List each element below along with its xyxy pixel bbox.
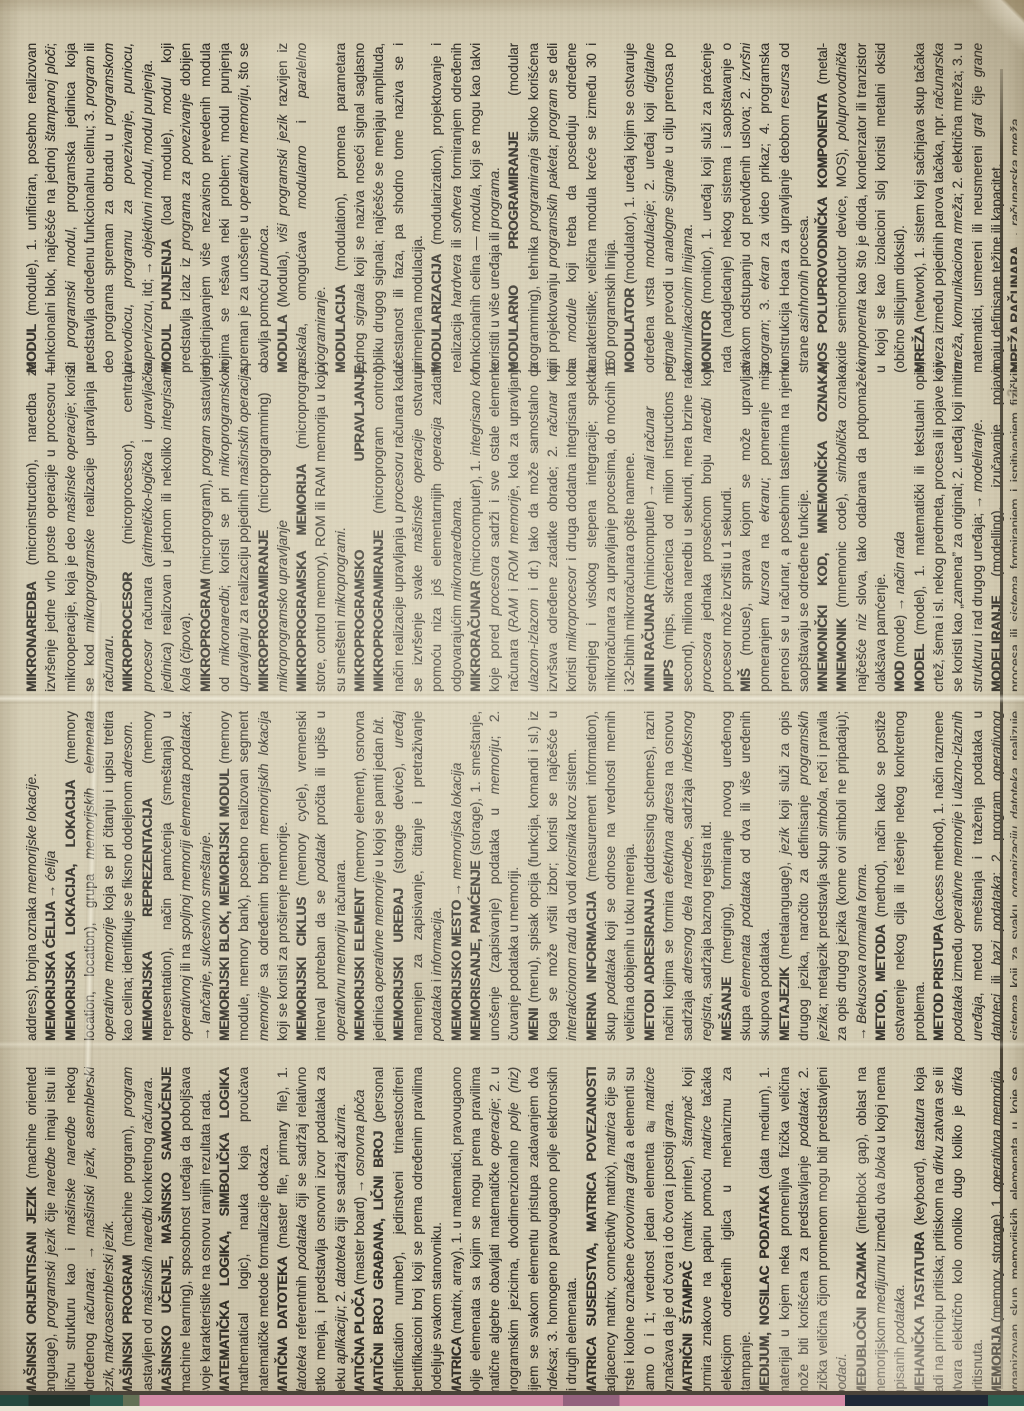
entry-italic-text: osnovna ploča	[352, 1090, 367, 1176]
dictionary-entry: MEMORIJSKA ĆELIJA → ćelija	[41, 711, 60, 1041]
entry-italic-text: memorijskih lokacija	[256, 711, 271, 835]
entry-italic-text: operacije	[487, 1102, 502, 1156]
entry-term: MOS POLUPROVODNIČKA KOMPONENTA	[815, 85, 830, 373]
entry-italic-text: operativnu memoriju	[333, 920, 348, 1041]
entry-term: MERNA INFORMACIJA	[584, 882, 599, 1041]
entry-italic-text: mašinske naredbe	[63, 1116, 78, 1235]
entry-italic-text: podatak	[313, 834, 328, 882]
entry-italic-text: operativne memorije	[371, 871, 386, 992]
entry-term: MEMORIJSKA LOKACIJA, LOKACIJA	[63, 764, 78, 1041]
dictionary-entry: MAŠINSKI PROGRAM (machine program), prog…	[118, 1067, 157, 1397]
entry-italic-text: mašinskih naredbi	[140, 1207, 155, 1315]
entry-term: MATIČNI BROJ GRAĐANA, LIČNI BROJ	[371, 1123, 386, 1397]
entry-italic-text: modulacije	[642, 204, 657, 268]
entry-italic-text: punioca	[256, 229, 271, 276]
entry-term: MATIČNA PLOČA	[352, 1285, 367, 1397]
entry-italic-text: mikronaredbi	[217, 589, 232, 666]
entry-italic-text: program	[545, 89, 560, 139]
dictionary-entry: MEMORIJSKI ELEMENT (memory element), osn…	[350, 711, 389, 1041]
entry-italic-text: podataka	[892, 1288, 907, 1343]
text-column-1: MAŠINSKI ORIJENTISANI JEZIK (machine ori…	[22, 1067, 1017, 1397]
entry-italic-text: kursora	[757, 561, 772, 606]
entry-italic-text: matrice	[642, 1067, 657, 1111]
entry-italic-text: mašinske operacije	[410, 429, 425, 552]
dictionary-entry: MREŽA (network), 1. sistem koji sačinjav…	[910, 43, 1006, 373]
entry-italic-text: programa	[487, 171, 502, 228]
entry-italic-text: programskih jezika	[796, 711, 830, 1041]
entry-italic-text: programa za povezivanje	[178, 93, 193, 250]
entry-italic-text: adresnog dela naredbe	[680, 840, 695, 984]
text-column-2: address), brojna oznaka memorijske lokac…	[22, 711, 1017, 1041]
dictionary-entry: METOD, METODA (method), način kako se po…	[871, 711, 929, 1041]
dictionary-entry: MIPS (mips, skraćenica od milion instruc…	[659, 362, 736, 692]
entry-italic-text: način rada	[892, 532, 907, 594]
entry-term: MAŠINSKI ORIJENTISANI JEZIK	[24, 1179, 39, 1397]
entry-italic-text: podaci	[834, 1358, 849, 1397]
entry-term: MODULARIZACIJA	[429, 245, 444, 373]
dictionary-entry: MAŠINSKO UČENJE, MAŠINSKO SAMOUČENJE (ma…	[157, 1067, 215, 1397]
entry-italic-text: indeksa	[545, 1351, 560, 1397]
entry-italic-text: aritmetičko-logička	[140, 452, 155, 563]
entry-italic-text: memorije	[256, 986, 271, 1041]
dictionary-entry: MODEL (model), 1. matematički ili tekstu…	[910, 362, 987, 692]
entry-italic-text: program	[82, 56, 97, 106]
dictionary-entry: MATRIČNI ŠTAMPAČ (matrix printer), štamp…	[678, 1067, 755, 1397]
entry-italic-text: spoljnoj memoriji elemenata podataka	[178, 715, 193, 940]
entry-italic-text: grana	[661, 1104, 676, 1138]
dictionary-entry: MIKROPROGRAMSKO UPRAVLJANJE, MIKROPROGRA…	[350, 362, 466, 692]
entry-italic-text: Bekusova normalna forma	[854, 867, 869, 1023]
entry-term: MREŽA	[912, 322, 927, 373]
entry-italic-text: ulazom-izlazom	[526, 599, 541, 692]
entry-italic-text: module	[564, 298, 579, 342]
text-column-3: MIKRONAREDBA (microinstruction), naredba…	[22, 362, 1017, 692]
entry-italic-text: mašinske operacije	[63, 406, 78, 522]
dictionary-entry: MEHANIČKA TASTATURA (keyboard), tastatur…	[910, 1067, 987, 1397]
entry-italic-text: matrica	[603, 1112, 618, 1156]
entry-term: MODUL PUNJENJA	[159, 226, 174, 374]
dictionary-entry: MIKRONAREDBA (microinstruction), naredba…	[22, 362, 118, 692]
entry-italic-text: računara	[82, 1272, 97, 1325]
dictionary-entry: MODULATOR (modulator), 1. uređaj kojim s…	[620, 43, 697, 373]
entry-term: MIKROPROGRAM	[198, 575, 213, 692]
entry-term: METOD, METODA	[873, 917, 888, 1041]
dictionary-entry: MOS POLUPROVODNIČKA KOMPONENTA (metal-ox…	[813, 43, 909, 373]
entry-italic-text: korisnika	[564, 824, 579, 877]
entry-italic-text: simbola	[815, 791, 830, 837]
dictionary-entry: MATIČNA PLOČA (master board) → osnovna p…	[350, 1067, 369, 1397]
entry-italic-text: programski jezik	[43, 1229, 58, 1328]
entry-italic-text: procesora	[487, 556, 502, 616]
entry-italic-text: ekran	[757, 256, 772, 290]
entry-italic-text: operacija	[429, 417, 444, 471]
entry-italic-text: modula	[468, 188, 483, 232]
entry-italic-text: računarska mreža	[1008, 119, 1017, 226]
entry-italic-text: mikroprocesor	[564, 567, 579, 652]
entry-italic-text: programski modul	[63, 230, 78, 347]
entry-italic-text: podataka	[603, 949, 618, 1004]
entry-italic-text: bit	[371, 720, 386, 734]
entry-italic-text: aplikaciju	[333, 1309, 348, 1364]
entry-term: MEĐUBLOČNI RAZMAK	[854, 1234, 869, 1397]
dictionary-entry: MODULARIZACIJA (modularization), projekt…	[427, 43, 504, 373]
entry-italic-text: mikroprogramsko upravljanje	[275, 520, 290, 692]
entry-term: MODUL	[24, 316, 39, 373]
dictionary-entry: MODUL (module), 1. unificiran, posebno r…	[22, 43, 157, 373]
entry-term: MOD	[892, 658, 907, 693]
entry-italic-text: poluprovodnička komponenta	[834, 43, 868, 373]
entry-term: MEMORISANJE, PAMĆENJE	[468, 855, 483, 1041]
dictionary-entry: MEĐUBLOČNI RAZMAK (interblock gap), obla…	[852, 1067, 910, 1397]
entry-italic-text: efektivna adresa	[661, 783, 676, 884]
entry-italic-text: mikroprogrami	[333, 531, 348, 617]
dictionary-entry: MREŽA RAČUNARA → računarska mreža	[1006, 43, 1017, 373]
entry-term: MODULA	[275, 307, 290, 373]
dictionary-entry: MEMORIJSKI BLOK, MEMORIJSKI MODUL (memor…	[215, 711, 292, 1041]
entry-term: MEMORIJSKI BLOK, MEMORIJSKI MODUL	[217, 764, 232, 1041]
entry-term: MODULACIJA	[333, 271, 348, 373]
dictionary-entry: METOD PRISTUPA (access method), 1. način…	[929, 711, 1017, 1041]
entry-term: MAŠINSKI PROGRAM	[120, 1247, 135, 1397]
dictionary-entry: MEMORIJSKO MESTO → memorijska lokacija	[447, 711, 466, 1041]
entry-italic-text: simbolička	[834, 420, 849, 482]
entry-italic-text: računaru	[101, 639, 116, 692]
entry-italic-text: dirku	[931, 1146, 946, 1175]
entry-italic-text: programiranja	[526, 148, 541, 231]
entry-term: MIKROPROGRAMSKO UPRAVLJANJE, MIKROPROGRA…	[352, 362, 386, 692]
dictionary-entry: MATIČNI BROJ GRAĐANA, LIČNI BROJ (person…	[369, 1067, 446, 1397]
entry-italic-text: memorijske lokacije	[24, 777, 39, 894]
scanned-page: MAŠINSKI ORIJENTISANI JEZIK (machine ori…	[0, 0, 1024, 1411]
entry-italic-text: niz	[854, 614, 869, 631]
entry-italic-text: matrice	[699, 1116, 714, 1160]
entry-italic-text: mašinskih operacija	[236, 368, 251, 485]
entry-italic-text: objektivni modul, modul punjenja	[140, 64, 155, 258]
dictionary-entry: MAŠINSKI ORIJENTISANI JEZIK (machine ori…	[22, 1067, 118, 1397]
dictionary-entry: MIŠ (mouse), sprava kojom se može upravl…	[736, 362, 813, 692]
entry-italic-text: ekranu	[757, 481, 772, 522]
entry-italic-text: procesoru	[391, 452, 406, 512]
entry-italic-text: datoteka	[294, 1346, 309, 1397]
entry-italic-text: operativnu memoriju	[236, 88, 251, 210]
entry-italic-text: tastatura	[912, 1099, 927, 1151]
entry-term: MAŠINSKO UČENJE, MAŠINSKO SAMOUČENJE	[159, 1067, 174, 1397]
entry-term: METAJEZIK	[777, 960, 792, 1041]
dictionary-entry: MIKROPROGRAM (microprogram), program sas…	[196, 362, 254, 692]
entry-italic-text: podataka	[294, 1214, 309, 1269]
entry-term: MIŠ	[738, 656, 753, 692]
entry-term: MEMORIJSKI CIKLUS	[294, 886, 309, 1041]
entry-italic-text: procesora	[699, 632, 714, 692]
entry-italic-text: strukturu	[970, 640, 985, 692]
entry-italic-text: modeliranje	[970, 423, 985, 492]
entry-term: METOD PRISTUPA	[931, 921, 946, 1041]
entry-italic-text: računara	[140, 1081, 155, 1134]
footer-rule	[1000, 69, 1003, 1389]
dictionary-entry: address), brojna oznaka memorijske lokac…	[22, 711, 41, 1041]
page-content: MAŠINSKI ORIJENTISANI JEZIK (machine ori…	[0, 0, 1024, 1411]
dictionary-entry: MEMORIJSKI UREĐAJ (storage device), uređ…	[389, 711, 447, 1041]
entry-italic-text: jezik	[777, 828, 792, 855]
entry-italic-text: paskala	[294, 327, 309, 373]
page-number-mark: 2	[1004, 371, 1022, 397]
entry-term: MEMORIJSKI ELEMENT	[352, 882, 367, 1041]
entry-term: MEDIJUM, NOSILAC PODATAKA	[757, 1179, 772, 1397]
dictionary-entry: METODI ADRESIRANJA (addressing schemes),…	[640, 711, 717, 1041]
entry-term: MEMORIJSKO MESTO	[449, 897, 464, 1041]
entry-term: MATRICA	[449, 1334, 464, 1397]
dictionary-entry: MIKROPROGRAMSKA MEMORIJA (microprogram s…	[292, 362, 350, 692]
entry-term: MATRIČNI ŠTAMPAČ	[680, 1252, 695, 1397]
dictionary-entry: MIKROPROCESOR (microprocessor), centraln…	[118, 362, 195, 692]
entry-italic-text: RAM	[506, 598, 521, 628]
entry-italic-text: asinhronih	[796, 270, 811, 332]
entry-italic-text: viši programski jezik	[275, 115, 290, 243]
entry-italic-text: modul	[159, 78, 174, 115]
entry-term: MEMORIJSKI UREĐAJ	[391, 874, 406, 1041]
dictionary-entry: MENI (menu), spisak opcija (funkcija, ko…	[524, 711, 582, 1041]
entry-italic-text: integrisano kolo	[468, 362, 483, 456]
entry-italic-text: komunikacionim linijama	[680, 228, 695, 373]
entry-italic-text: elemenata podataka	[738, 872, 753, 998]
entry-term: MIKRORAČUNAR	[468, 577, 483, 692]
entry-italic-text: dirka	[950, 1067, 965, 1096]
entry-italic-text: datoteka	[333, 1236, 348, 1287]
entry-italic-text: hardvera	[449, 255, 464, 308]
dictionary-entry: MATIČNA DATOTEKA (master file, primary f…	[273, 1067, 350, 1397]
dictionary-entry: METAJEZIK (metalanguage), jezik koji slu…	[775, 711, 871, 1041]
entry-italic-text: ažurira	[333, 1107, 348, 1148]
entry-italic-text: interakcionom radu	[564, 927, 579, 1041]
entry-term: MINI RAČUNAR	[642, 590, 657, 692]
text-column-4: MODUL (module), 1. unificiran, posebno r…	[22, 43, 1017, 373]
entry-italic-text: čipova	[178, 621, 193, 660]
entry-term: MEMORIJSKA ĆELIJA	[43, 898, 58, 1041]
entry-term: MIKRONAREDBA	[24, 565, 39, 692]
entry-italic-text: lančanje, sukcesivno smeštanje	[198, 836, 213, 1024]
dictionary-entry: MONITOR (monitor), 1. uređaj koji služi …	[697, 43, 813, 373]
entry-italic-text: organizaciju datoteka	[1008, 768, 1017, 898]
entry-term: MEŠANJE	[719, 964, 734, 1041]
entry-italic-text: analogne signale	[661, 159, 676, 262]
entry-term: MODULATOR	[622, 284, 637, 373]
dictionary-entry: MATEMATIČKA LOGIKA, SIMBOLIČKA LOGIKA (m…	[215, 1067, 273, 1397]
entry-term: MIKROPROGRAMIRANJE	[256, 513, 271, 692]
entry-italic-text: ROM memorije	[506, 489, 521, 582]
entry-italic-text: informacija	[429, 911, 444, 976]
dictionary-entry: MINI RAČUNAR (minicomputer) → mali račun…	[640, 362, 659, 692]
entry-term: METODI ADRESIRANJA	[642, 884, 657, 1041]
dictionary-entry: MEDIJUM, NOSILAC PODATAKA (data medium),…	[755, 1067, 851, 1397]
entry-italic-text: računarska mreža, komunikaciona mreža	[931, 43, 965, 373]
entry-italic-text: bloka	[873, 1147, 888, 1179]
entry-italic-text: medijumu	[873, 1255, 888, 1313]
entry-term: MEMORIJSKA REPREZENTACIJA	[140, 764, 155, 1041]
entry-italic-text: mikronaredbama	[449, 501, 464, 602]
entry-italic-text: program	[198, 426, 213, 476]
entry-italic-text: mikroprogramske	[82, 529, 97, 633]
entry-italic-text: memorijskih elemenata operativne memorij…	[82, 711, 116, 1041]
entry-term: MNEMONIČKI KOD, MNEMONIČKA OZNAKA, MNEMO…	[815, 362, 849, 692]
dictionary-entry: MODULA (Modula), viši programski jezik r…	[273, 43, 331, 373]
dictionary-entry: MATRICA (matrix, array), 1. u matematici…	[447, 1067, 582, 1397]
dictionary-entry: MOD (mode) → način rada	[890, 362, 909, 692]
dictionary-entry: MEMORIJSKA LOKACIJA, LOKACIJA (memory lo…	[61, 711, 138, 1041]
dictionary-entry: MEMORIJSKA REPREZENTACIJA (memory repres…	[138, 711, 215, 1041]
entry-term: MIKROPROGRAMSKA MEMORIJA	[294, 449, 309, 692]
entry-italic-text: adresom	[120, 725, 135, 777]
dictionary-entry: MODUL PUNJENJA (load module), modul koji…	[157, 43, 273, 373]
entry-italic-text: naredbi	[699, 398, 714, 443]
dictionary-entry: MODULACIJA (modulation), promena paramet…	[331, 43, 427, 373]
entry-italic-text: ćelija	[43, 851, 58, 881]
entry-italic-text: mali računar	[642, 407, 657, 481]
entry-term: MONITOR	[699, 304, 714, 373]
entry-italic-text: modularno	[294, 146, 309, 209]
entry-italic-text: mašinski jezik, asemblerski jezik, makro…	[82, 1067, 116, 1397]
entry-italic-text: programskih paketa	[545, 148, 560, 267]
entry-italic-text: naredbe	[43, 1147, 58, 1196]
entry-term: MEHANIČKA TASTATURA	[912, 1225, 927, 1397]
entry-italic-text: polje (niz)	[506, 1067, 521, 1131]
entry-italic-text: signala	[352, 284, 367, 326]
dictionary-entry: MIKRORAČUNAR (microcomputer), 1. integri…	[466, 362, 640, 692]
dictionary-entry: MEŠANJE (merging), formiranje novog uređ…	[717, 711, 775, 1041]
entry-italic-text: graf	[970, 114, 985, 137]
entry-italic-text: grane	[970, 43, 985, 77]
dictionary-entry: MERNA INFORMACIJA (measurement informati…	[582, 711, 640, 1041]
entry-italic-text: štampanoj ploči	[43, 47, 58, 142]
dictionary-entry: MEMORISANJE, PAMĆENJE (storage), 1. smeš…	[466, 711, 524, 1041]
entry-italic-text: memoriju	[487, 739, 502, 794]
entry-italic-text: podataka	[429, 986, 444, 1041]
entry-italic-text: uređaj	[391, 711, 406, 748]
entry-italic-text: program	[120, 1067, 135, 1117]
entry-term: MREŽA RAČUNARA	[1008, 243, 1017, 373]
entry-italic-text: operativnoj	[178, 976, 193, 1041]
dictionary-entry: MODULARNO PROGRAMIRANJE (modular program…	[504, 43, 620, 373]
entry-italic-text: resursa	[777, 64, 792, 109]
entry-italic-text: podataka	[950, 986, 965, 1041]
entry-italic-text: procesor	[140, 640, 155, 692]
entry-term: MODULARNO PROGRAMIRANJE	[506, 96, 521, 373]
entry-italic-text: izvršni program	[738, 43, 772, 373]
dictionary-entry: MNEMONIČKI KOD, MNEMONIČKA OZNAKA, MNEMO…	[813, 362, 890, 692]
entry-term: MIPS	[661, 650, 676, 692]
dictionary-entry: MATRICA SUSEDSTVA, MATRICA POVEZANOSTI (…	[582, 1067, 678, 1397]
entry-term: MODEL	[912, 635, 927, 692]
entry-italic-text: računar	[545, 391, 560, 436]
entry-italic-text: sistema	[1008, 576, 1017, 622]
entry-term: MATIČNA DATOTEKA	[275, 1249, 290, 1397]
dictionary-entry: MEMORIJSKI CIKLUS (memory cycle), vremen…	[292, 711, 350, 1041]
entry-term: MIKROPROCESOR	[120, 544, 135, 692]
dictionary-entry: MIKROPROGRAMIRANJE (microprogramming) → …	[254, 362, 293, 692]
entry-term: MATEMATIČKA LOGIKA, SIMBOLIČKA LOGIKA	[217, 1067, 232, 1397]
entry-term: MATRICA SUSEDSTVA, MATRICA POVEZANOSTI	[584, 1067, 599, 1397]
entry-italic-text: memorijska lokacija	[449, 763, 464, 880]
entry-italic-text: štampač	[680, 1096, 695, 1147]
entry-italic-text: podataka	[796, 1091, 811, 1146]
entry-italic-text: čvorovima grafa	[622, 1153, 637, 1249]
entry-italic-text: operativne memorije	[950, 811, 965, 933]
entry-term: MENI	[526, 1003, 541, 1041]
entry-italic-text: softvera	[449, 186, 464, 234]
